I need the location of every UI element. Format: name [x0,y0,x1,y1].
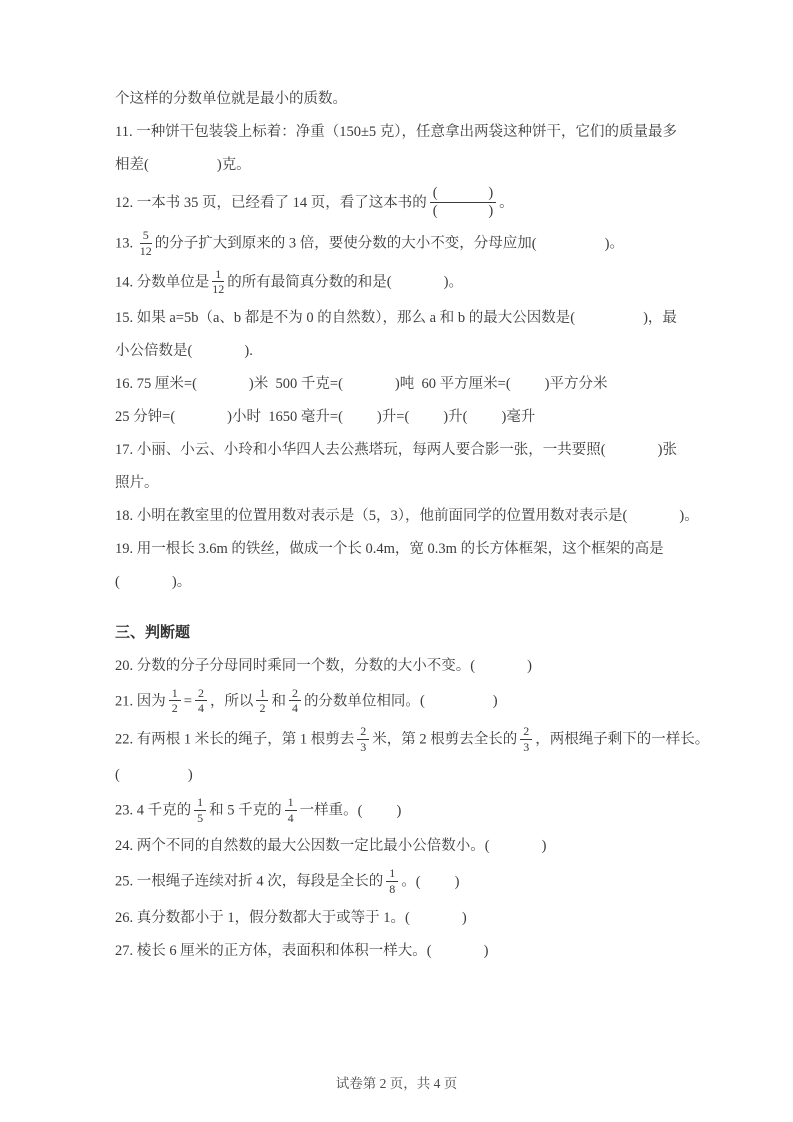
q13: 13. 512的分子扩大到原来的 3 倍，要使分数的大小不变，分母应加()。 [115,230,735,258]
blank-close-paren: ) [455,874,460,890]
fraction-numerator: 2 [195,687,207,702]
text-run: 毫升 [506,409,535,425]
blank-open-paren: ( [470,658,475,674]
blank-open-paren: ( [115,574,120,590]
text-run: 一样重。 [300,803,358,819]
q22-line1: 22. 有两根 1 米长的绳子，第 1 根剪去23米，第 2 根剪去全长的23，… [115,726,735,754]
text-run: 的分数单位相同。 [304,693,420,709]
text-run: 和 [271,693,286,709]
answer-blank: () [601,442,663,458]
text-run: 的分子扩大到原来的 3 倍，要使分数的大小不变，分母应加 [155,236,532,252]
blank-fraction: ( )( ) [430,186,496,219]
blank-fraction-denominator: ( ) [433,203,493,219]
blank-open-paren: ( [188,343,193,359]
blank-open-paren: ( [570,310,575,326]
fraction-numerator: 1 [194,796,206,811]
blank-open-paren: ( [463,409,468,425]
q11-line2: 相差()克。 [115,154,735,177]
blank-close-paren: ) [493,693,498,709]
text-run: 13. [115,236,137,252]
text-run: 张 [662,442,677,458]
text-run: . [249,343,253,359]
blank-open-paren: ( [623,508,628,524]
fraction-numerator: 2 [357,725,369,740]
answer-blank: () [188,343,250,359]
text-run: 平方分米 [550,376,608,392]
q17-line2: 照片。 [115,472,735,495]
fraction: 23 [520,725,532,753]
answer-blank: () [405,910,467,926]
text-run: 27. 棱长 6 厘米的正方体，表面积和体积一样大。 [115,943,427,959]
text-run: ，两根绳子剩下的一样长。 [535,731,709,747]
answer-blank: () [420,693,498,709]
text-run: 22. 有两根 1 米长的绳子，第 1 根剪去 [115,731,354,747]
fraction: 24 [289,687,301,715]
q23: 23. 4 千克的15和 5 千克的14一样重。() [115,797,735,825]
blank-open-paren: ( [427,943,432,959]
fraction: 12 [169,687,181,715]
answer-blank: () [338,409,382,425]
fraction: 24 [195,687,207,715]
blank-close-paren: ) [527,658,532,674]
blank-open-paren: ( [405,910,410,926]
text-run: ，所以 [210,693,254,709]
answer-blank: () [470,658,532,674]
page-footer: 试卷第 2 页，共 4 页 [0,1072,793,1092]
q10-continuation: 个这样的分数单位就是最小的质数。 [115,88,735,111]
q17-line1: 17. 小丽、小云、小玲和小华四人去公燕塔玩，每两人要合影一张，一共要照()张 [115,439,735,462]
fraction-denominator: 3 [360,740,366,754]
blank-open-paren: ( [115,767,120,783]
answer-blank: () [338,376,400,392]
answer-blank: () [623,508,685,524]
text-run: 升= [382,409,405,425]
fraction-denominator: 4 [288,811,294,825]
blank-open-paren: ( [358,803,363,819]
fraction-denominator: 4 [198,701,204,715]
fraction-denominator: 2 [259,701,265,715]
fraction-numerator: 5 [140,229,152,244]
q16-line1: 16. 75 厘米=()米 500 千克=()吨 60 平方厘米=()平方分米 [115,373,735,396]
blank-open-paren: ( [170,409,175,425]
text-run: 19. 用一根长 3.6m 的铁丝，做成一个长 0.4m，宽 0.3m 的长方体… [115,541,664,557]
blank-open-paren: ( [485,838,490,854]
exam-page: 个这样的分数单位就是最小的质数。11. 一种饼干包装袋上标着：净重（150±5 … [0,0,793,1122]
blank-open-paren: ( [506,376,511,392]
blank-open-paren: ( [601,442,606,458]
fraction: 18 [386,867,398,895]
text-run: ，最 [648,310,677,326]
exam-content: 个这样的分数单位就是最小的质数。11. 一种饼干包装袋上标着：净重（150±5 … [115,88,735,973]
q24: 24. 两个不同的自然数的最大公因数一定比最小公倍数小。() [115,835,735,858]
text-run: 克。 [222,157,251,173]
answer-blank: () [387,274,449,290]
fraction-denominator: 2 [172,701,178,715]
section-3-header: 三、判断题 [115,622,735,645]
text-run: = [184,693,192,709]
answer-blank: () [570,310,648,326]
text-run: 。 [684,508,699,524]
answer-blank: () [192,376,254,392]
fraction-denominator: 5 [197,811,203,825]
blank-open-paren: ( [338,409,343,425]
fraction: 15 [194,796,206,824]
answer-blank: () [404,409,448,425]
answer-blank: () [144,157,222,173]
text-run: 。 [609,236,624,252]
q26: 26. 真分数都小于 1，假分数都大于或等于 1。() [115,907,735,930]
fraction-denominator: 4 [292,701,298,715]
blank-close-paren: ) [188,767,193,783]
text-run: 18. 小明在教室里的位置用数对表示是（5，3），他前面同学的位置用数对表示是 [115,508,623,524]
q27: 27. 棱长 6 厘米的正方体，表面积和体积一样大。() [115,940,735,963]
q14: 14. 分数单位是112的所有最简真分数的和是()。 [115,269,735,297]
text-run: 和 5 千克的 [209,803,282,819]
blank-close-paren: ) [484,943,489,959]
text-run: 14. 分数单位是 [115,274,209,290]
q19-line1: 19. 用一根长 3.6m 的铁丝，做成一个长 0.4m，宽 0.3m 的长方体… [115,538,735,561]
text-run: 23. 4 千克的 [115,803,191,819]
text-run: 24. 两个不同的自然数的最大公因数一定比最小公倍数小。 [115,838,485,854]
q12: 12. 一本书 35 页，已经看了 14 页，看了这本书的( )( )。 [115,187,735,220]
blank-open-paren: ( [532,236,537,252]
fraction: 512 [140,229,152,257]
q22-line2: () [115,764,735,787]
text-run: 。 [401,874,416,890]
fraction-numerator: 1 [386,867,398,882]
fraction: 12 [256,687,268,715]
q11-line1: 11. 一种饼干包装袋上标着：净重（150±5 克），任意拿出两袋这种饼干，它们… [115,121,735,144]
answer-blank: () [416,874,460,890]
q18: 18. 小明在教室里的位置用数对表示是（5，3），他前面同学的位置用数对表示是(… [115,505,735,528]
blank-open-paren: ( [404,409,409,425]
text-run: 。 [177,574,192,590]
answer-blank: () [115,767,193,783]
q19-line2: ()。 [115,571,735,594]
fraction-denominator: 8 [389,882,395,896]
text-run: 的所有最简真分数的和是 [227,274,387,290]
fraction-numerator: 1 [212,268,224,283]
answer-blank: () [485,838,547,854]
text-run: 11. 一种饼干包装袋上标着：净重（150±5 克），任意拿出两袋这种饼干，它们… [115,124,677,140]
blank-open-paren: ( [416,874,421,890]
text-run: 吨 60 平方厘米= [400,376,506,392]
text-run: 个这样的分数单位就是最小的质数。 [115,91,347,107]
text-run: 三、判断题 [115,625,190,641]
blank-close-paren: ) [396,803,401,819]
text-run: 。 [448,274,463,290]
text-run: 小时 1650 毫升= [232,409,338,425]
text-run: 26. 真分数都小于 1，假分数都大于或等于 1。 [115,910,405,926]
answer-blank: () [532,236,610,252]
text-run: 17. 小丽、小云、小玲和小华四人去公燕塔玩，每两人要合影一张，一共要照 [115,442,601,458]
blank-open-paren: ( [338,376,343,392]
text-run: 米，第 2 根剪去全长的 [372,731,517,747]
text-run: 照片。 [115,475,159,491]
text-run: 。 [499,195,514,211]
text-run: 21. 因为 [115,693,166,709]
fraction-numerator: 1 [256,687,268,702]
text-run: 升 [448,409,463,425]
text-run: 20. 分数的分子分母同时乘同一个数，分数的大小不变。 [115,658,470,674]
text-run: 12. 一本书 35 页，已经看了 14 页，看了这本书的 [115,195,427,211]
q20: 20. 分数的分子分母同时乘同一个数，分数的大小不变。() [115,655,735,678]
q15-line1: 15. 如果 a=5b（a、b 都是不为 0 的自然数），那么 a 和 b 的最… [115,307,735,330]
blank-close-paren: ) [462,910,467,926]
answer-blank: () [427,943,489,959]
fraction-denominator: 12 [212,282,224,296]
fraction: 23 [357,725,369,753]
blank-open-paren: ( [387,274,392,290]
fraction-denominator: 12 [140,244,152,258]
answer-blank: () [115,574,177,590]
blank-open-paren: ( [420,693,425,709]
fraction-numerator: 1 [285,796,297,811]
q16-line2: 25 分钟=()小时 1650 毫升=()升=()升()毫升 [115,406,735,429]
fraction: 112 [212,268,224,296]
answer-blank: () [463,409,507,425]
fraction-numerator: 2 [520,725,532,740]
blank-open-paren: ( [144,157,149,173]
fraction-numerator: 2 [289,687,301,702]
text-run: 16. 75 厘米= [115,376,192,392]
answer-blank: () [170,409,232,425]
q15-line2: 小公倍数是(). [115,340,735,363]
fraction-numerator: 1 [169,687,181,702]
text-run: 25. 一根绳子连续对折 4 次，每段是全长的 [115,874,383,890]
text-run: 相差 [115,157,144,173]
q21: 21. 因为12=24，所以12和24的分数单位相同。() [115,688,735,716]
text-run: 25 分钟= [115,409,170,425]
fraction-denominator: 3 [523,740,529,754]
blank-fraction-numerator: ( ) [430,186,496,203]
answer-blank: () [358,803,402,819]
fraction: 14 [285,796,297,824]
answer-blank: () [506,376,550,392]
text-run: 小公倍数是 [115,343,188,359]
q25: 25. 一根绳子连续对折 4 次，每段是全长的18。() [115,868,735,896]
text-run: 米 500 千克= [254,376,338,392]
blank-open-paren: ( [192,376,197,392]
blank-close-paren: ) [542,838,547,854]
text-run: 15. 如果 a=5b（a、b 都是不为 0 的自然数），那么 a 和 b 的最… [115,310,570,326]
